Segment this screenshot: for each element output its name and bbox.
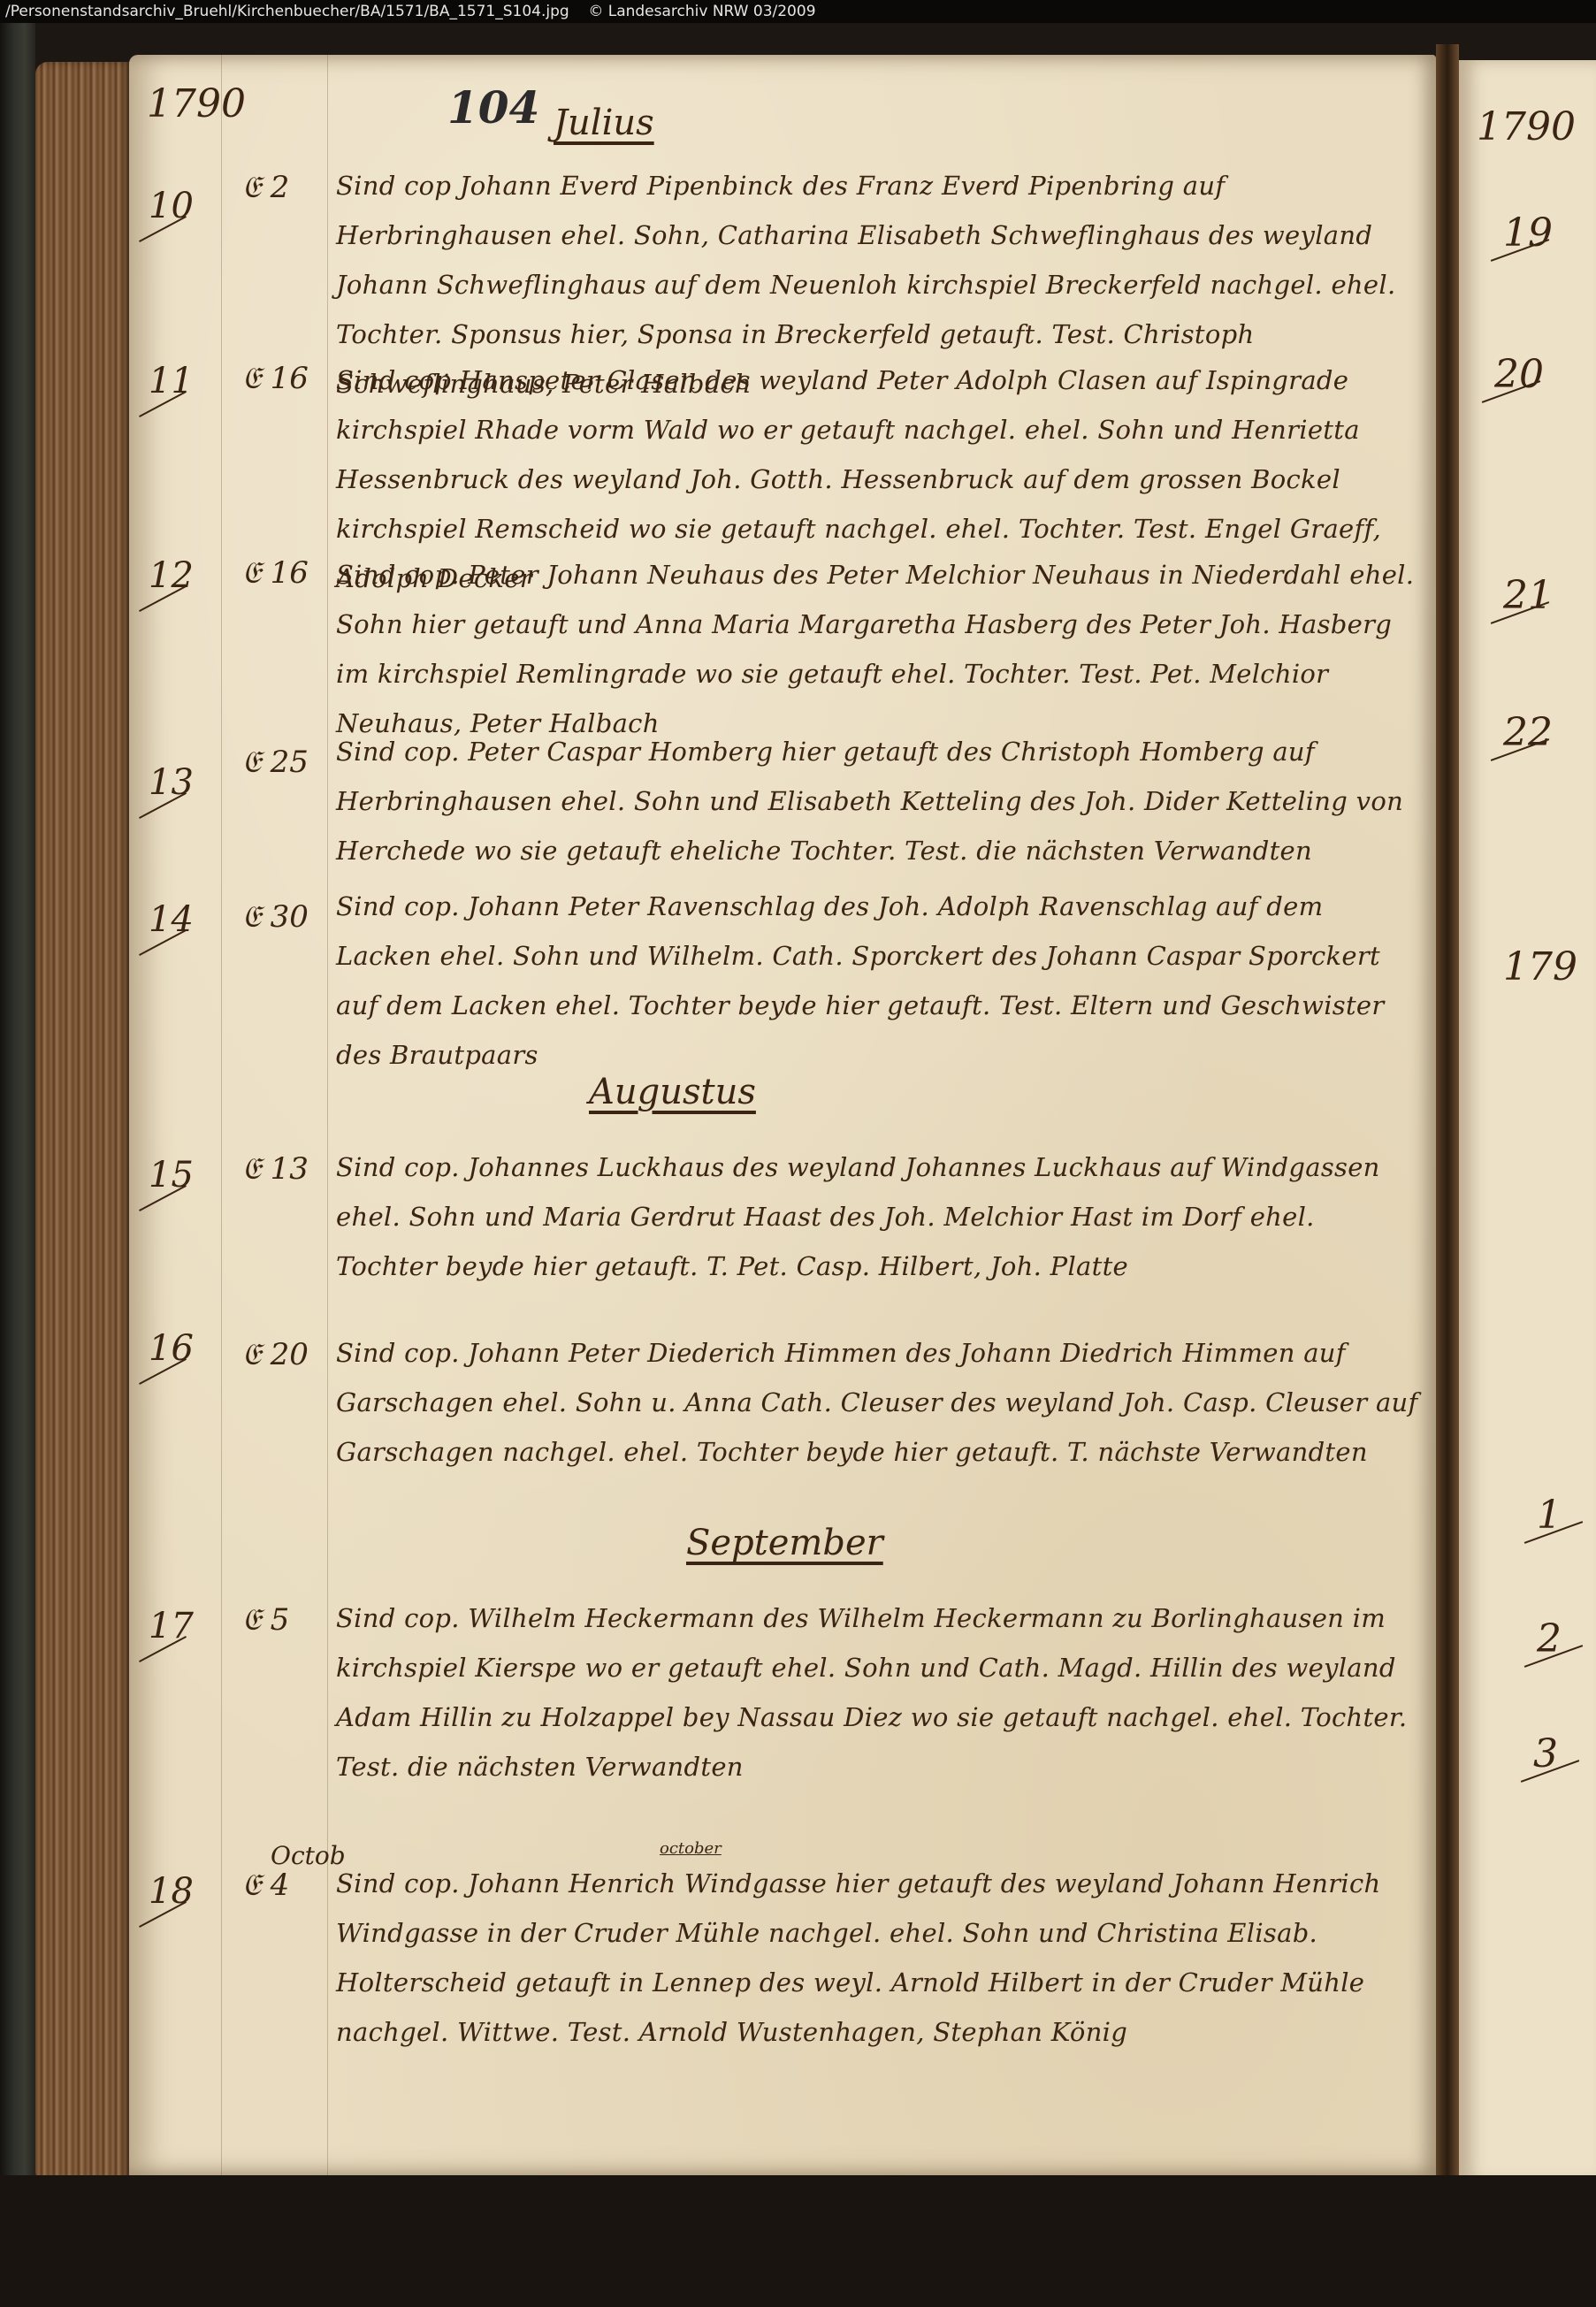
entry-number: 13 <box>149 762 194 803</box>
entry-number: 11 <box>149 361 194 401</box>
facing-entry-number: 22 <box>1503 710 1553 755</box>
entry-number: 14 <box>149 899 194 940</box>
page-edges-stack <box>35 62 131 2184</box>
facing-entry-number: 21 <box>1503 573 1553 618</box>
entry-date: 𝔈 20 <box>242 1337 309 1372</box>
facing-page: 1790 19 20 21 22 179 1 2 3 <box>1459 60 1596 2182</box>
image-path-bar: /Personenstandsarchiv_Bruehl/Kirchenbuec… <box>0 0 1596 23</box>
folio-number: 104 <box>447 81 539 134</box>
facing-entry-number: 3 <box>1533 1731 1558 1776</box>
entry-date: 𝔈 30 <box>242 899 309 935</box>
entry-date: 𝔈 4 <box>242 1868 289 1903</box>
entry-date: 𝔈 16 <box>242 361 309 396</box>
entry-number: 16 <box>149 1328 194 1369</box>
image-path: /Personenstandsarchiv_Bruehl/Kirchenbuec… <box>5 3 569 20</box>
facing-page-year: 1790 <box>1477 104 1576 149</box>
entry-date: 𝔈 25 <box>242 745 309 780</box>
facing-entry-number: 2 <box>1537 1616 1562 1661</box>
entry-number: 10 <box>149 186 194 226</box>
facing-entry-number: 20 <box>1494 352 1544 397</box>
entry-number: 15 <box>149 1155 194 1196</box>
facing-entry-number: 19 <box>1503 210 1553 256</box>
entry-text: Sind cop. Peter Johann Neuhaus des Peter… <box>336 550 1424 748</box>
entry-date: 𝔈 13 <box>242 1151 309 1187</box>
entry-date: 𝔈 2 <box>242 170 289 205</box>
entry-number: 12 <box>149 555 194 596</box>
book-gutter <box>1436 44 1459 2228</box>
month-heading-augustus: Augustus <box>589 1072 756 1112</box>
entry-number: 18 <box>149 1871 194 1912</box>
margin-rule-1 <box>221 55 222 2175</box>
entry-text: Sind cop. Wilhelm Heckermann des Wilhelm… <box>336 1593 1424 1791</box>
register-page: 1790 104 Julius 10 𝔈 2 Sind cop Johann E… <box>129 55 1436 2175</box>
margin-note-october: Octob <box>271 1841 346 1870</box>
entry-text: Sind cop. Peter Caspar Homberg hier geta… <box>336 727 1424 875</box>
entry-text: Sind cop. Johannes Luckhaus des weyland … <box>336 1142 1424 1291</box>
month-heading-julius: Julius <box>554 103 654 143</box>
superscript-note-october: october <box>660 1839 722 1858</box>
entry-text: Sind cop. Johann Peter Diederich Himmen … <box>336 1328 1424 1477</box>
facing-page-year-lower: 179 <box>1503 944 1577 989</box>
book-bottom-shadow <box>0 2175 1596 2307</box>
book-cover-left <box>0 23 35 2307</box>
entry-text: Sind cop. Johann Henrich Windgasse hier … <box>336 1859 1424 2057</box>
copyright-notice: © Landesarchiv NRW 03/2009 <box>588 3 815 20</box>
month-heading-september: September <box>686 1523 883 1563</box>
entry-number: 17 <box>149 1606 194 1646</box>
entry-text: Sind cop. Johann Peter Ravenschlag des J… <box>336 882 1424 1080</box>
facing-entry-number: 1 <box>1537 1493 1562 1538</box>
page-year: 1790 <box>147 81 246 126</box>
entry-date: 𝔈 5 <box>242 1602 289 1638</box>
entry-date: 𝔈 16 <box>242 555 309 591</box>
